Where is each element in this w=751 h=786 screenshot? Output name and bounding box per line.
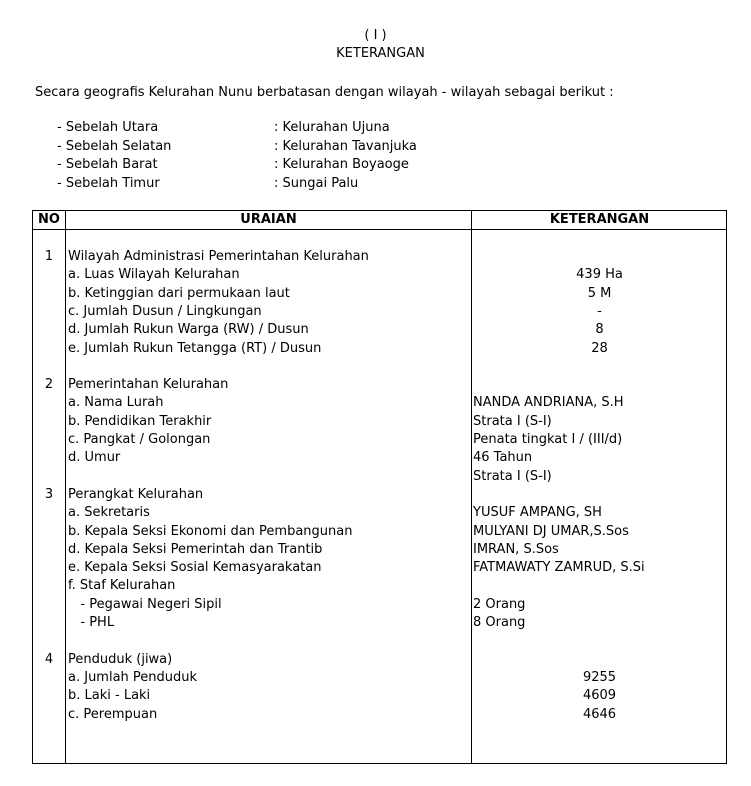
row-number: 2 (33, 376, 65, 395)
row-uraian: c. Pangkat / Golongan (68, 431, 210, 450)
row-number: 3 (33, 486, 65, 505)
row-keterangan: - (472, 303, 727, 322)
header-divider (32, 229, 727, 230)
row-uraian: - Pegawai Negeri Sipil (68, 596, 222, 615)
border-value: : Kelurahan Ujuna (274, 119, 390, 137)
border-label: - Sebelah Selatan (57, 138, 171, 156)
border-value: : Kelurahan Boyaoge (274, 156, 409, 174)
row-uraian: Perangkat Kelurahan (68, 486, 203, 505)
row-uraian: e. Kepala Seksi Sosial Kemasyarakatan (68, 559, 321, 578)
row-keterangan: MULYANI DJ UMAR,S.Sos (473, 523, 629, 542)
section-numeral: ( I ) (0, 27, 751, 45)
row-keterangan: 8 (472, 321, 727, 340)
border-label: - Sebelah Utara (57, 119, 158, 137)
row-keterangan: Strata I (S-I) (473, 468, 552, 487)
row-uraian: e. Jumlah Rukun Tetangga (RT) / Dusun (68, 340, 321, 359)
row-keterangan: 4609 (472, 687, 727, 706)
row-uraian: f. Staf Kelurahan (68, 577, 175, 596)
row-uraian: Pemerintahan Kelurahan (68, 376, 228, 395)
row-keterangan: Penata tingkat I / (III/d) (473, 431, 622, 450)
border-label: - Sebelah Barat (57, 156, 158, 174)
row-keterangan: 46 Tahun (473, 449, 532, 468)
border-value: : Sungai Palu (274, 175, 358, 193)
page-title: KETERANGAN (0, 45, 751, 63)
row-keterangan: NANDA ANDRIANA, S.H (473, 394, 624, 413)
row-uraian: Wilayah Administrasi Pemerintahan Kelura… (68, 248, 369, 267)
row-uraian: Penduduk (jiwa) (68, 651, 172, 670)
row-keterangan: 9255 (472, 669, 727, 688)
border-label: - Sebelah Timur (57, 175, 160, 193)
row-uraian: b. Ketinggian dari permukaan laut (68, 285, 290, 304)
row-keterangan: 2 Orang (473, 596, 525, 615)
row-keterangan: 4646 (472, 706, 727, 725)
row-uraian: a. Sekretaris (68, 504, 150, 523)
row-uraian: b. Pendidikan Terakhir (68, 413, 211, 432)
row-keterangan: 8 Orang (473, 614, 525, 633)
row-number: 4 (33, 651, 65, 670)
column-header-uraian: URAIAN (66, 211, 471, 229)
column-divider (65, 210, 66, 764)
row-uraian: b. Kepala Seksi Ekonomi dan Pembangunan (68, 523, 352, 542)
column-header-no: NO (33, 211, 65, 229)
row-keterangan: 5 M (472, 285, 727, 304)
row-keterangan: 28 (472, 340, 727, 359)
row-uraian: d. Umur (68, 449, 120, 468)
row-uraian: a. Jumlah Penduduk (68, 669, 197, 688)
row-uraian: c. Perempuan (68, 706, 157, 725)
row-keterangan: Strata I (S-I) (473, 413, 552, 432)
row-uraian: c. Jumlah Dusun / Lingkungan (68, 303, 262, 322)
row-uraian: b. Laki - Laki (68, 687, 150, 706)
row-number: 1 (33, 248, 65, 267)
row-uraian: a. Luas Wilayah Kelurahan (68, 266, 240, 285)
row-keterangan: YUSUF AMPANG, SH (473, 504, 602, 523)
row-uraian: a. Nama Lurah (68, 394, 164, 413)
border-value: : Kelurahan Tavanjuka (274, 138, 417, 156)
row-uraian: d. Kepala Seksi Pemerintah dan Trantib (68, 541, 322, 560)
row-keterangan: IMRAN, S.Sos (473, 541, 559, 560)
row-keterangan: 439 Ha (472, 266, 727, 285)
row-uraian: - PHL (68, 614, 114, 633)
intro-text: Secara geografis Kelurahan Nunu berbatas… (35, 84, 614, 102)
column-header-keterangan: KETERANGAN (472, 211, 727, 229)
row-uraian: d. Jumlah Rukun Warga (RW) / Dusun (68, 321, 309, 340)
row-keterangan: FATMAWATY ZAMRUD, S.Si (473, 559, 645, 578)
